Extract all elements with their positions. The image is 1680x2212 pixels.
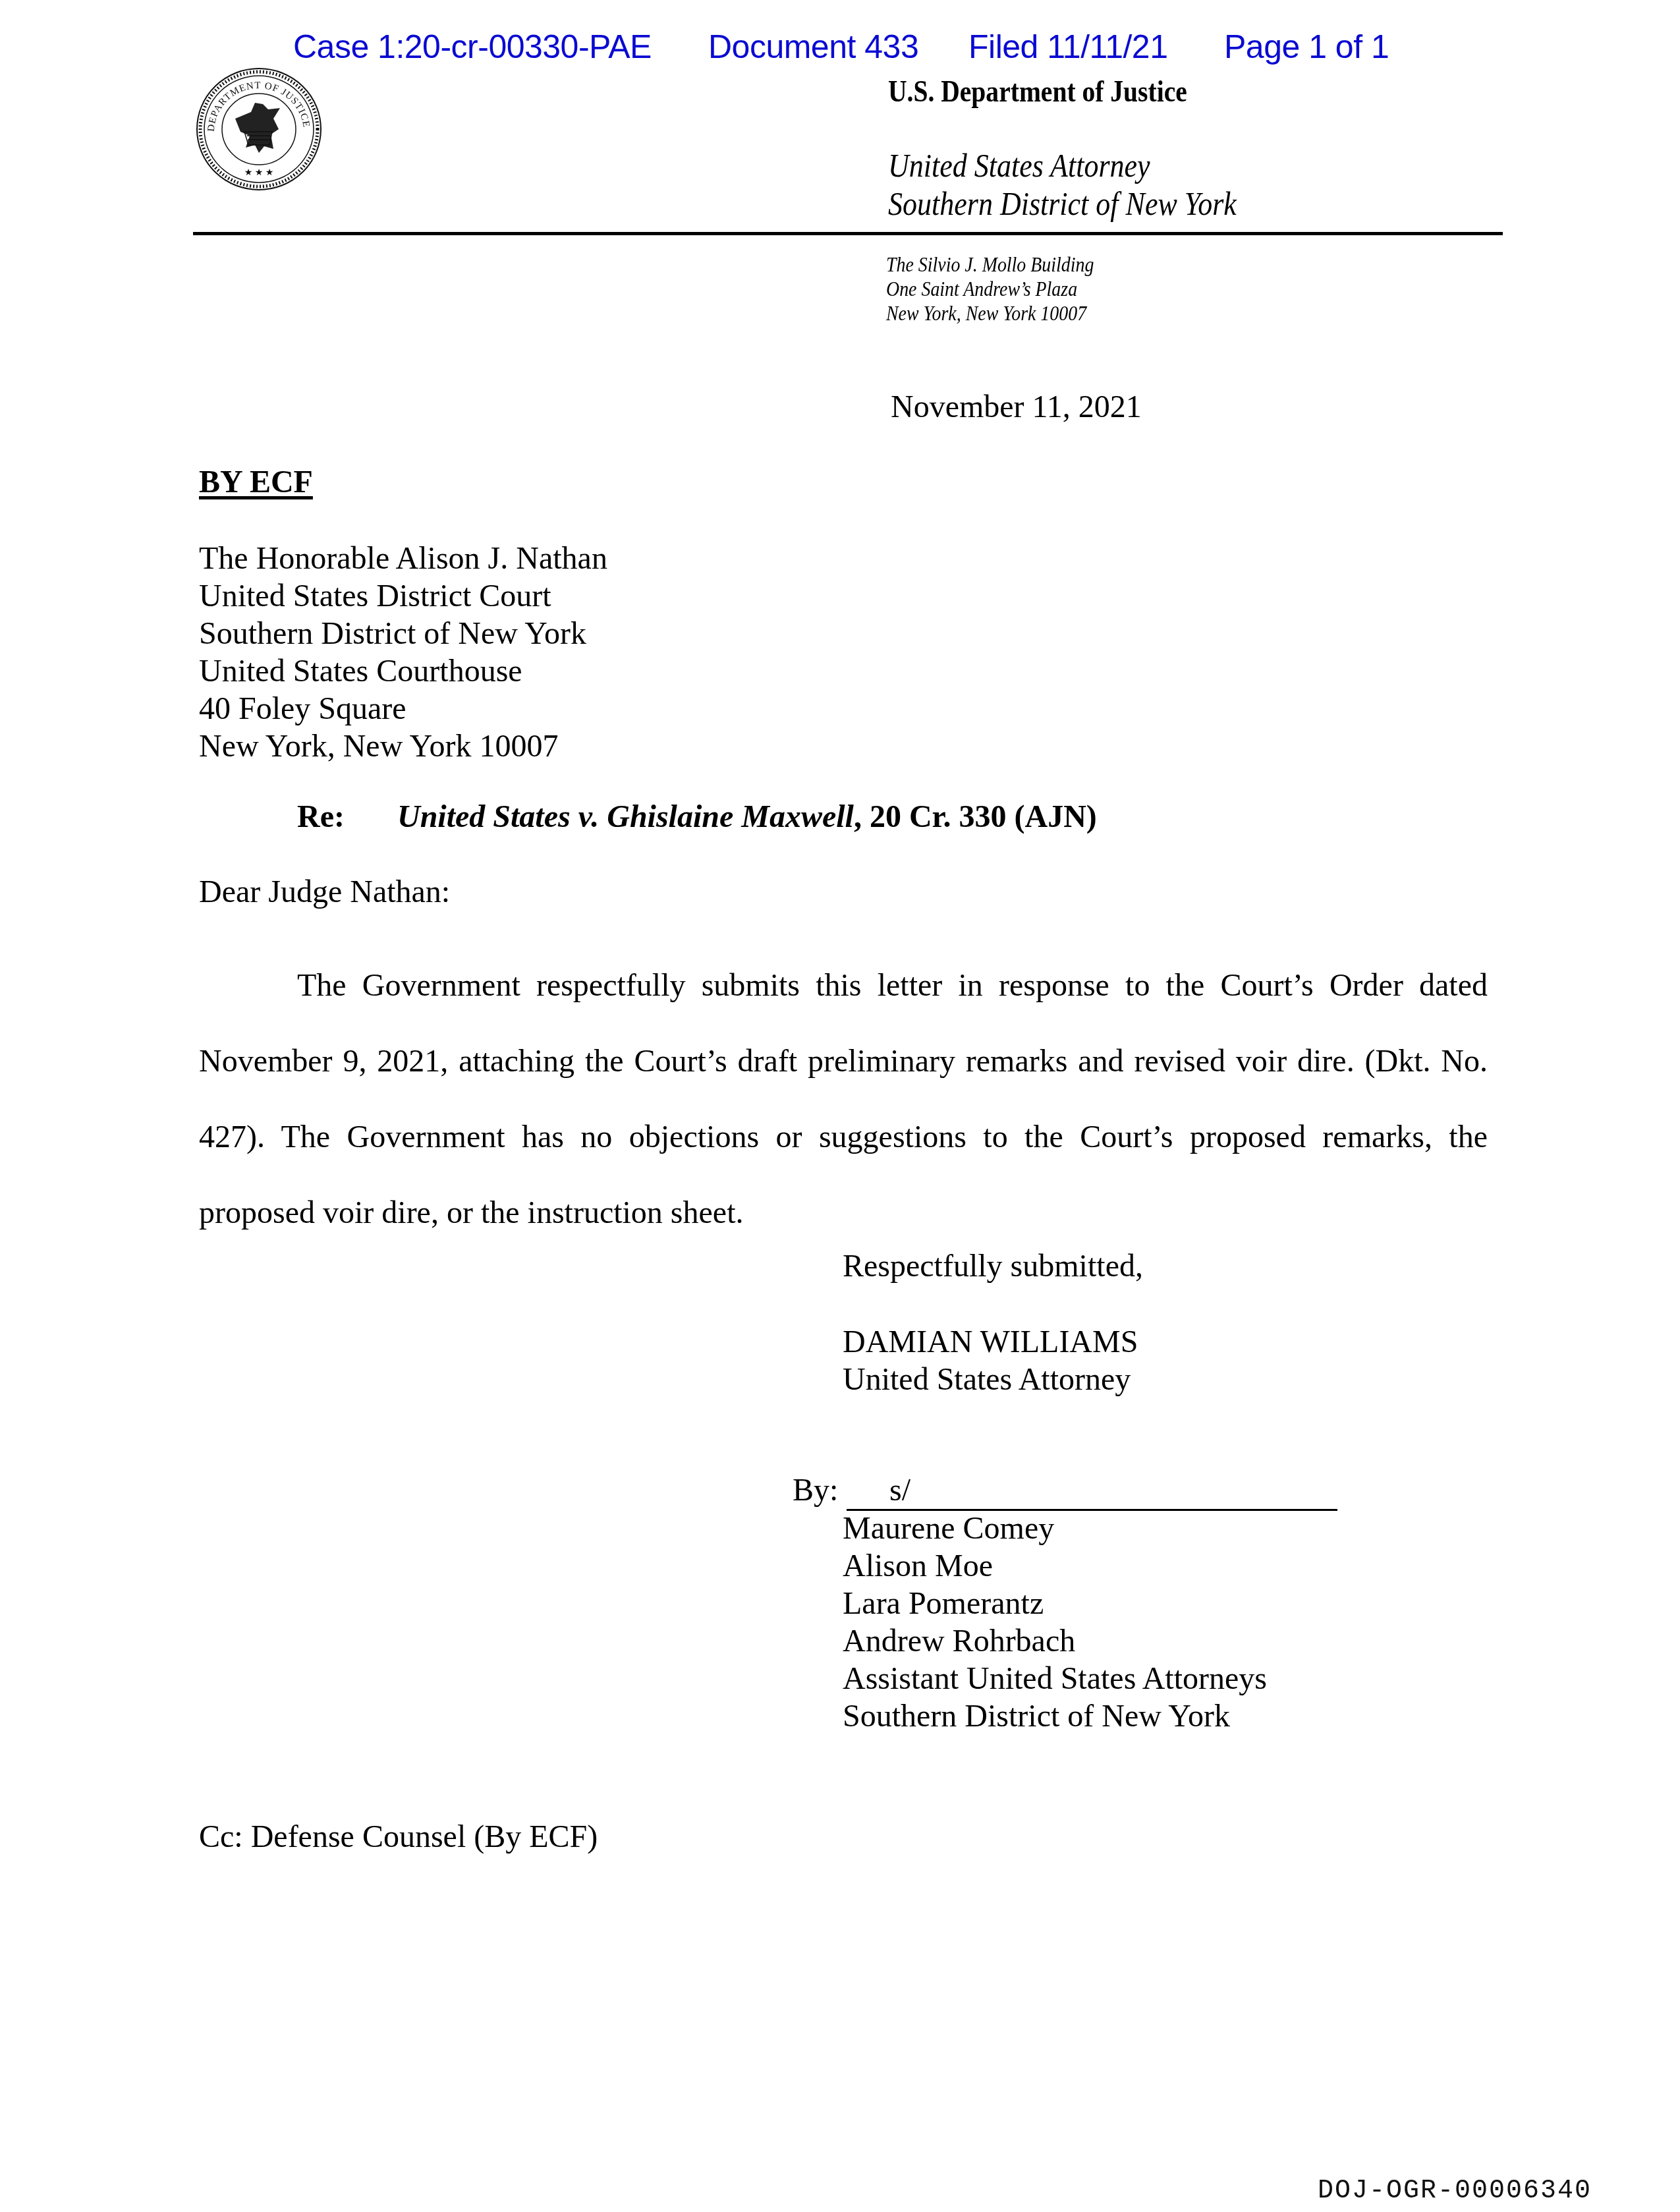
letterhead-address-line: The Silvio J. Mollo Building xyxy=(886,254,1094,275)
salutation: Dear Judge Nathan: xyxy=(199,876,450,908)
signer-name: Maurene Comey xyxy=(843,1513,1054,1545)
letterhead-district: Southern District of New York xyxy=(888,187,1237,220)
addressee-line: United States Courthouse xyxy=(199,656,522,687)
addressee-line: Southern District of New York xyxy=(199,618,586,650)
svg-text:★ ★ ★: ★ ★ ★ xyxy=(244,168,274,178)
stamp-document-number: Document 433 xyxy=(708,30,918,63)
cc-line: Cc: Defense Counsel (By ECF) xyxy=(199,1821,598,1853)
addressee-line: United States District Court xyxy=(199,581,551,612)
stamp-page-count: Page 1 of 1 xyxy=(1224,30,1389,63)
addressee-line: 40 Foley Square xyxy=(199,693,406,725)
valediction: Respectfully submitted, xyxy=(843,1251,1143,1282)
by-label: By: xyxy=(793,1475,838,1506)
principal-name: DAMIAN WILLIAMS xyxy=(843,1326,1138,1358)
letter-body: The Government respectfully submits this… xyxy=(199,948,1488,1251)
letter-date: November 11, 2021 xyxy=(891,391,1142,423)
principal-title: United States Attorney xyxy=(843,1364,1131,1396)
signer-name: Lara Pomerantz xyxy=(843,1588,1044,1620)
letterhead-rule xyxy=(193,232,1503,235)
signer-name: Andrew Rohrbach xyxy=(843,1626,1075,1657)
letterhead-address-line: One Saint Andrew’s Plaza xyxy=(886,279,1077,299)
re-label: Re: xyxy=(297,801,345,833)
letterhead-office: United States Attorney xyxy=(888,149,1150,182)
addressee-line: New York, New York 10007 xyxy=(199,731,558,762)
signer-name: Alison Moe xyxy=(843,1550,993,1582)
stamp-case-number: Case 1:20-cr-00330-PAE xyxy=(293,30,652,63)
re-caption: United States v. Ghislaine Maxwell, 20 C… xyxy=(397,801,1097,833)
re-case-number: , 20 Cr. 330 (AJN) xyxy=(854,799,1097,834)
letterhead-address-line: New York, New York 10007 xyxy=(886,303,1086,324)
delivery-method: BY ECF xyxy=(199,467,313,498)
doj-seal-icon: DEPARTMENT OF JUSTICE ★ ★ ★ xyxy=(194,66,323,192)
stamp-filed-date: Filed 11/11/21 xyxy=(968,30,1167,63)
electronic-signature: s/ xyxy=(889,1475,910,1506)
signers-title: Assistant United States Attorneys xyxy=(843,1663,1267,1695)
letterhead-agency: U.S. Department of Justice xyxy=(888,74,1187,109)
bates-number: DOJ-OGR-00006340 xyxy=(1318,2178,1592,2205)
signers-office: Southern District of New York xyxy=(843,1701,1230,1732)
addressee-line: The Honorable Alison J. Nathan xyxy=(199,543,607,575)
re-case-name: United States v. Ghislaine Maxwell xyxy=(397,799,854,834)
